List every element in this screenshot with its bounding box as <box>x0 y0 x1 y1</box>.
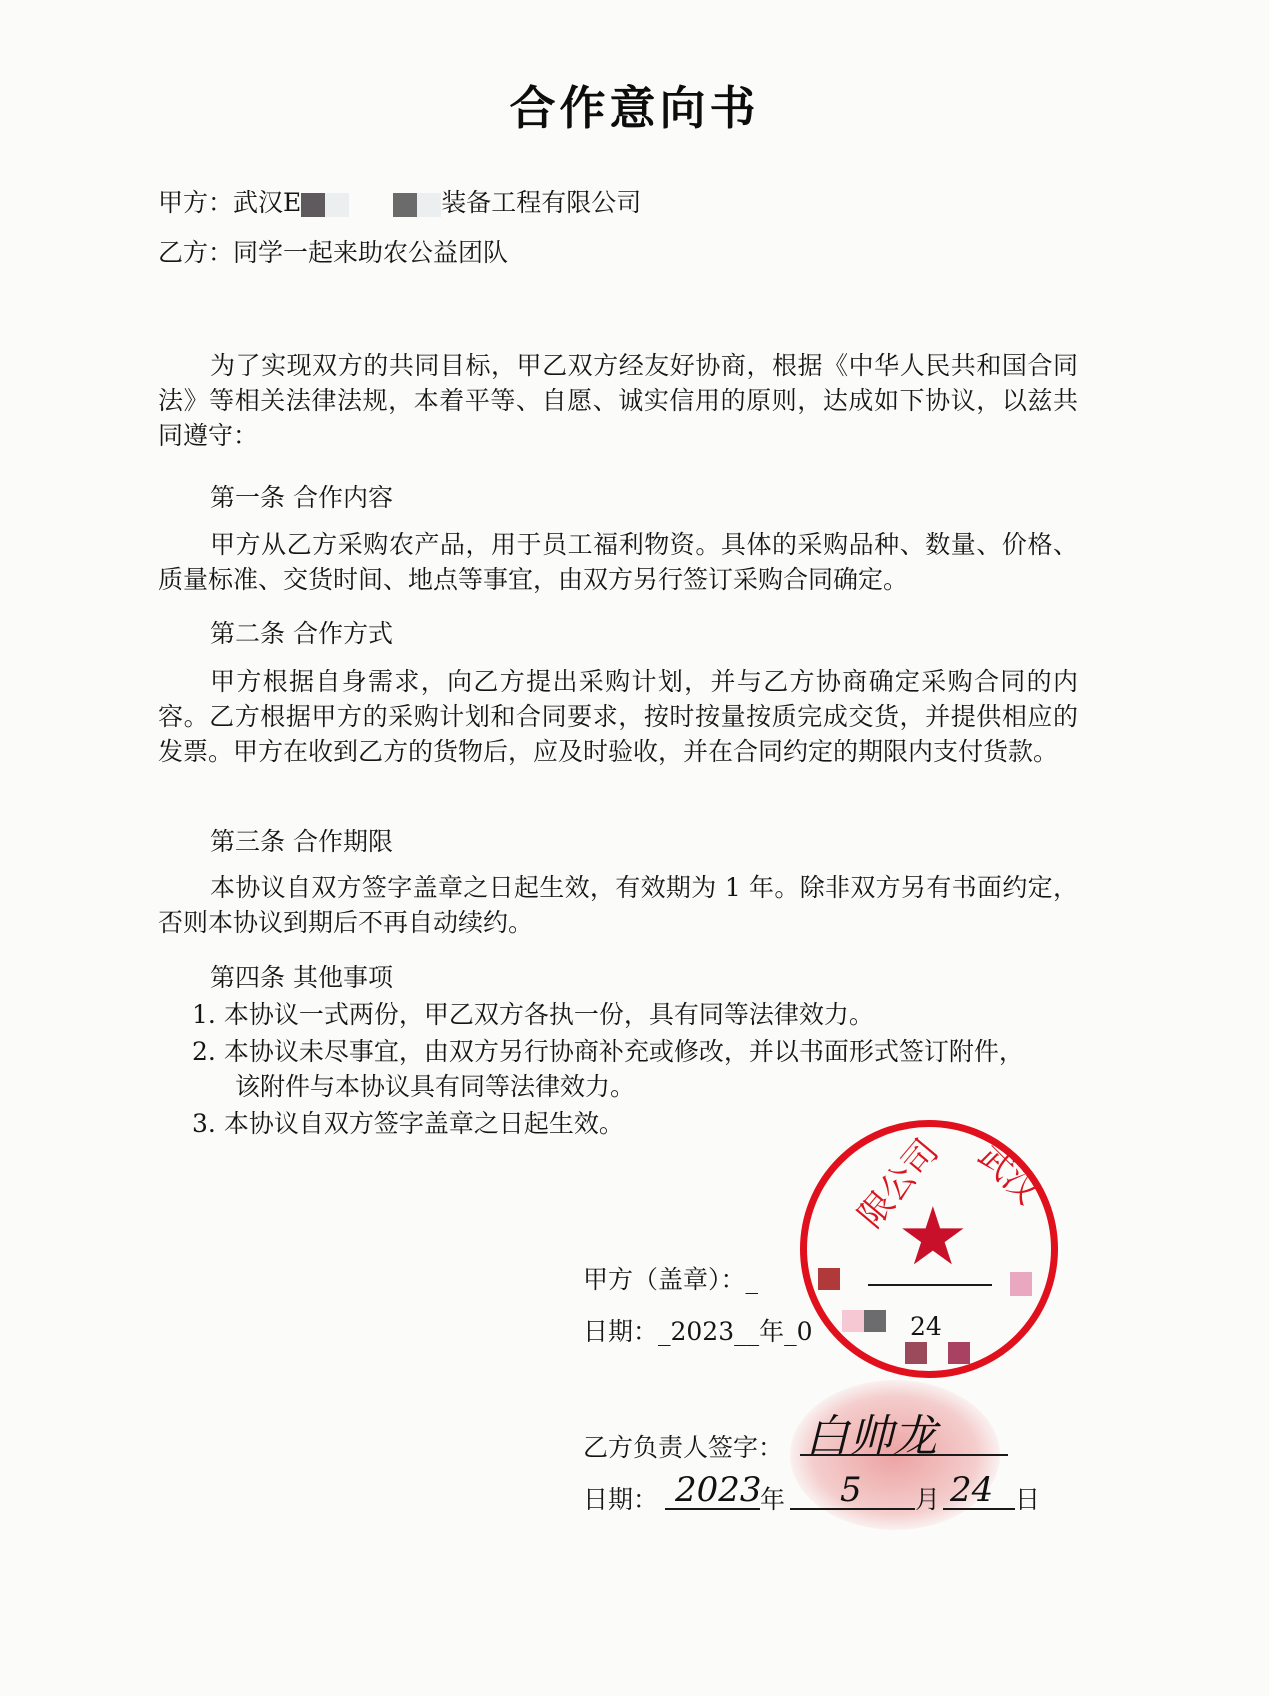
redaction-block <box>905 1342 927 1364</box>
handwritten-month: 5 <box>840 1470 862 1510</box>
article-2-heading: 第二条 合作方式 <box>210 614 393 650</box>
star-icon: ★ <box>897 1197 969 1277</box>
list-item: 2. 本协议未尽事宜，由双方另行协商补充或修改，并以书面形式签订附件， <box>192 1032 1024 1068</box>
party-a-name-suffix: 装备工程有限公司 <box>441 188 641 217</box>
list-text: 本协议自双方签字盖章之日起生效。 <box>224 1109 624 1138</box>
redaction-gap <box>349 193 393 217</box>
party-b-label: 乙方： <box>158 238 233 267</box>
article-1-heading: 第一条 合作内容 <box>210 478 393 514</box>
party-b-line: 乙方：同学一起来助农公益团队 <box>158 233 508 269</box>
article-4-heading: 第四条 其他事项 <box>210 958 393 994</box>
party-a-label: 甲方： <box>158 188 233 217</box>
article-3-heading: 第三条 合作期限 <box>210 822 393 858</box>
article-2-body: 甲方根据自身需求，向乙方提出采购计划，并与乙方协商确定采购合同的内容。乙方根据甲… <box>158 664 1078 769</box>
list-number: 3. <box>192 1109 216 1138</box>
redaction-block <box>1010 1272 1032 1296</box>
month-char: 月 <box>915 1480 940 1516</box>
preamble-paragraph: 为了实现双方的共同目标，甲乙双方经友好协商，根据《中华人民共和国合同法》等相关法… <box>158 348 1078 453</box>
party-a-line: 甲方：武汉E装备工程有限公司 <box>158 183 641 219</box>
redaction-block <box>417 193 441 217</box>
party-b-date-label: 日期： <box>583 1480 658 1516</box>
party-a-name-prefix: 武汉E <box>233 188 301 217</box>
party-b-sign-label: 乙方负责人签字： <box>583 1428 783 1464</box>
redaction-block <box>864 1310 886 1332</box>
year-char: 年 <box>760 1480 785 1516</box>
handwritten-day: 24 <box>950 1470 993 1510</box>
article-3-body: 本协议自双方签字盖章之日起生效，有效期为 1 年。除非双方另有书面约定，否则本协… <box>158 870 1078 940</box>
list-number: 2. <box>192 1037 216 1066</box>
list-text: 本协议一式两份，甲乙双方各执一份，具有同等法律效力。 <box>224 1000 874 1029</box>
document-page: 合作意向书 甲方：武汉E装备工程有限公司 乙方：同学一起来助农公益团队 为了实现… <box>0 0 1269 1696</box>
redaction-block <box>325 193 349 217</box>
list-item: 1. 本协议一式两份，甲乙双方各执一份，具有同等法律效力。 <box>192 995 874 1031</box>
party-a-date-day: 24 <box>910 1312 942 1341</box>
redaction-block <box>393 193 417 217</box>
redaction-block <box>301 193 325 217</box>
redaction-block <box>818 1268 840 1290</box>
day-char: 日 <box>1015 1480 1040 1516</box>
stamp-text-right: 武汉 <box>970 1130 1053 1213</box>
document-title: 合作意向书 <box>0 72 1269 138</box>
list-text: 本协议未尽事宜，由双方另行协商补充或修改，并以书面形式签订附件， <box>224 1037 1024 1066</box>
party-b-name: 同学一起来助农公益团队 <box>233 238 508 267</box>
handwritten-signature: 白帅龙 <box>805 1400 937 1464</box>
list-item: 3. 本协议自双方签字盖章之日起生效。 <box>192 1104 624 1140</box>
list-number: 1. <box>192 1000 216 1029</box>
list-item-continuation: 该附件与本协议具有同等法律效力。 <box>235 1067 635 1103</box>
redaction-block <box>842 1310 864 1332</box>
underline <box>868 1284 992 1286</box>
article-1-body: 甲方从乙方采购农产品，用于员工福利物资。具体的采购品种、数量、价格、质量标准、交… <box>158 527 1078 597</box>
party-a-seal-label: 甲方（盖章）：_ <box>583 1260 758 1296</box>
handwritten-year: 2023 <box>675 1470 762 1510</box>
party-a-date-label: 日期：_2023__年_0 <box>583 1312 813 1348</box>
redaction-block <box>948 1342 970 1364</box>
